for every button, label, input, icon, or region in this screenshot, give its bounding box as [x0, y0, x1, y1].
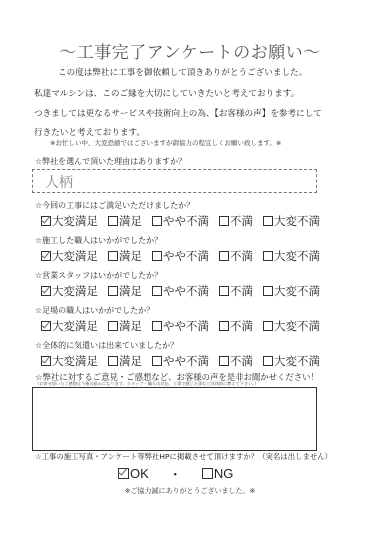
option-label: 満足: [119, 283, 142, 299]
option-somewhat-dissatisfied[interactable]: やや不満: [152, 213, 209, 229]
checkbox-icon[interactable]: [263, 251, 273, 261]
option-satisfied[interactable]: 満足: [108, 248, 142, 264]
checkbox-checked-icon[interactable]: [41, 321, 51, 331]
option-label: 不満: [230, 283, 253, 299]
option-label: 大変不満: [274, 248, 320, 264]
reason-question: ☆弊社を選んで頂いた理由はありますか？: [35, 156, 186, 167]
option-very-satisfied[interactable]: 大変満足: [41, 318, 98, 334]
rating-row-craftsman: 大変満足 満足 やや不満 不満 大変不満: [41, 248, 330, 264]
checkbox-icon[interactable]: [152, 216, 162, 226]
option-satisfied[interactable]: 満足: [108, 318, 142, 334]
intro-line-3: つきましては更なるサービスや技術向上の為、【お客様の声】を参考にして: [34, 107, 322, 119]
publish-options: OK ・ NG: [118, 464, 243, 483]
checkbox-checked-icon[interactable]: [41, 251, 51, 261]
checkbox-icon[interactable]: [108, 321, 118, 331]
option-satisfied[interactable]: 満足: [108, 213, 142, 229]
reason-answer-field[interactable]: 人柄: [32, 169, 317, 193]
checkbox-icon[interactable]: [202, 468, 213, 479]
option-label: やや不満: [163, 213, 209, 229]
checkbox-icon[interactable]: [108, 251, 118, 261]
checkbox-icon[interactable]: [152, 321, 162, 331]
option-label: やや不満: [163, 353, 209, 369]
intro-line-2: 私達マルシンは、このご縁を大切にしていきたいと考えております。: [34, 87, 299, 99]
option-very-dissatisfied[interactable]: 大変不満: [263, 318, 320, 334]
rating-question-overall-care: ☆全体的に気遣いは出来ていましたか？: [35, 340, 178, 351]
reason-answer-value: 人柄: [45, 172, 73, 192]
option-label: 大変満足: [52, 283, 98, 299]
option-label: 大変不満: [274, 353, 320, 369]
option-label: 大変満足: [52, 353, 98, 369]
option-label: 大変不満: [274, 318, 320, 334]
thanks-note: ※ご協力誠にありがとうございました。※: [0, 486, 380, 496]
option-label: 満足: [119, 318, 142, 334]
option-label: 大変満足: [52, 213, 98, 229]
option-label: やや不満: [163, 318, 209, 334]
rating-row-construction: 大変満足 満足 やや不満 不満 大変不満: [41, 213, 330, 229]
checkbox-icon[interactable]: [108, 216, 118, 226]
rating-row-overall-care: 大変満足 満足 やや不満 不満 大変不満: [41, 353, 330, 369]
option-label: 不満: [230, 213, 253, 229]
rating-question-craftsman: ☆施工した職人はいかがでしたか？: [35, 235, 162, 246]
option-label: 大変満足: [52, 318, 98, 334]
page-title: ～工事完了アンケートのお願い～: [0, 38, 380, 63]
rating-row-sales-staff: 大変満足 満足 やや不満 不満 大変不満: [41, 283, 330, 299]
option-label: 大変満足: [52, 248, 98, 264]
checkbox-checked-icon[interactable]: [41, 286, 51, 296]
option-label: 満足: [119, 248, 142, 264]
option-very-dissatisfied[interactable]: 大変不満: [263, 248, 320, 264]
rating-question-construction: ☆今回の工事にはご満足いただけましたか？: [35, 200, 194, 211]
separator-dot: ・: [169, 464, 182, 483]
option-label: 不満: [230, 318, 253, 334]
option-dissatisfied[interactable]: 不満: [219, 318, 253, 334]
option-label: 満足: [119, 213, 142, 229]
checkbox-checked-icon[interactable]: [41, 216, 51, 226]
publish-question: ☆工事の施工写真・アンケート等弊社HPに掲載させて頂けますか？（実名は出しません…: [35, 451, 332, 462]
publish-ok-option[interactable]: OK: [118, 466, 149, 481]
checkbox-icon[interactable]: [152, 286, 162, 296]
checkbox-icon[interactable]: [263, 321, 273, 331]
ng-label: NG: [214, 466, 234, 481]
checkbox-icon[interactable]: [219, 251, 229, 261]
checkbox-icon[interactable]: [219, 356, 229, 366]
checkbox-icon[interactable]: [108, 356, 118, 366]
option-label: やや不満: [163, 283, 209, 299]
option-label: 大変不満: [274, 213, 320, 229]
option-somewhat-dissatisfied[interactable]: やや不満: [152, 318, 209, 334]
rating-row-scaffolding: 大変満足 満足 やや不満 不満 大変不満: [41, 318, 330, 334]
checkbox-checked-icon[interactable]: [118, 468, 129, 479]
checkbox-icon[interactable]: [263, 286, 273, 296]
checkbox-icon[interactable]: [219, 216, 229, 226]
checkbox-icon[interactable]: [108, 286, 118, 296]
option-satisfied[interactable]: 満足: [108, 353, 142, 369]
option-somewhat-dissatisfied[interactable]: やや不満: [152, 353, 209, 369]
checkbox-checked-icon[interactable]: [41, 356, 51, 366]
option-somewhat-dissatisfied[interactable]: やや不満: [152, 248, 209, 264]
option-satisfied[interactable]: 満足: [108, 283, 142, 299]
rating-question-sales-staff: ☆営業スタッフはいかがでしたか？: [35, 270, 162, 281]
option-dissatisfied[interactable]: 不満: [219, 213, 253, 229]
option-somewhat-dissatisfied[interactable]: やや不満: [152, 283, 209, 299]
comments-field[interactable]: [32, 387, 317, 451]
rating-question-scaffolding: ☆足場の職人はいかがでしたか？: [35, 305, 154, 316]
option-very-dissatisfied[interactable]: 大変不満: [263, 213, 320, 229]
checkbox-icon[interactable]: [152, 251, 162, 261]
option-label: 不満: [230, 248, 253, 264]
option-very-satisfied[interactable]: 大変満足: [41, 213, 98, 229]
option-dissatisfied[interactable]: 不満: [219, 248, 253, 264]
checkbox-icon[interactable]: [263, 216, 273, 226]
option-dissatisfied[interactable]: 不満: [219, 353, 253, 369]
option-very-satisfied[interactable]: 大変満足: [41, 353, 98, 369]
option-label: 大変不満: [274, 283, 320, 299]
checkbox-icon[interactable]: [219, 321, 229, 331]
intro-line-1: この度は弊社に工事を御依頼して頂きありがとうございました。: [58, 66, 307, 78]
checkbox-icon[interactable]: [152, 356, 162, 366]
option-very-dissatisfied[interactable]: 大変不満: [263, 283, 320, 299]
option-label: 不満: [230, 353, 253, 369]
checkbox-icon[interactable]: [263, 356, 273, 366]
option-very-dissatisfied[interactable]: 大変不満: [263, 353, 320, 369]
option-label: やや不満: [163, 248, 209, 264]
option-dissatisfied[interactable]: 不満: [219, 283, 253, 299]
option-very-satisfied[interactable]: 大変満足: [41, 283, 98, 299]
publish-ng-option[interactable]: NG: [202, 466, 234, 481]
request-note: ※お忙しい中、大変恐縮ではございますが御協力の程宜しくお願い致します。※: [50, 138, 281, 147]
intro-line-4: 行きたいと考えております。: [34, 126, 145, 138]
option-very-satisfied[interactable]: 大変満足: [41, 248, 98, 264]
option-label: 満足: [119, 353, 142, 369]
ok-label: OK: [130, 466, 149, 481]
checkbox-icon[interactable]: [219, 286, 229, 296]
